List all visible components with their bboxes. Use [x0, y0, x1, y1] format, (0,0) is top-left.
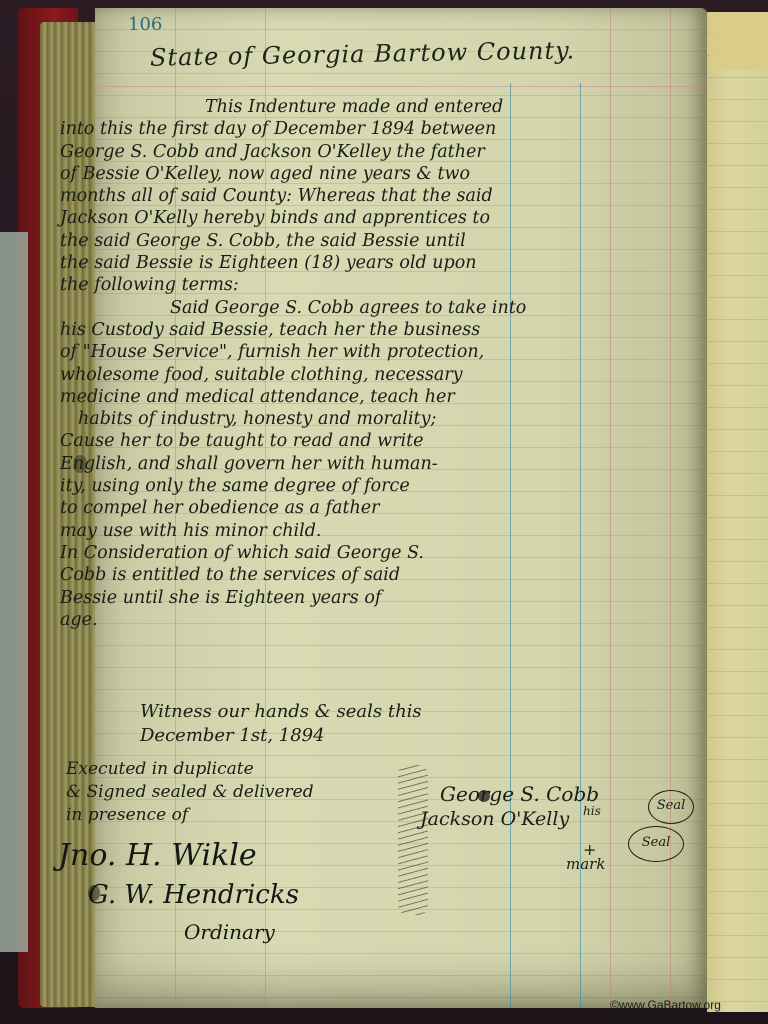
indenture-body: This Indenture made and entered into thi… [60, 96, 690, 631]
body-line: to compel her obedience as a father [60, 497, 690, 519]
ink-blot [478, 790, 490, 802]
flourish-scribble [398, 765, 428, 915]
body-line: English, and shall govern her with human… [60, 453, 690, 475]
body-line: age. [60, 609, 690, 631]
mark-label: mark [566, 855, 605, 873]
cover-edge-highlight [0, 232, 28, 952]
body-line: habits of industry, honesty and morality… [60, 408, 690, 430]
body-line: ity, using only the same degree of force [60, 475, 690, 497]
copyright-watermark: ©www.GaBartow.org [610, 998, 721, 1012]
execution-line: Executed in duplicate [66, 758, 314, 781]
page-number: 106 [128, 14, 162, 35]
signature-george-cobb: George S. Cobb [440, 782, 599, 806]
body-line: of Bessie O'Kelley, now aged nine years … [60, 163, 690, 185]
seal-mark: Seal [648, 790, 694, 824]
header-rule [95, 86, 707, 87]
facing-page [707, 12, 768, 1012]
signature-jackson-okelly: Jackson O'Kelly [420, 808, 569, 830]
body-line: George S. Cobb and Jackson O'Kelley the … [60, 141, 690, 163]
execution-clause: Executed in duplicate & Signed sealed & … [66, 758, 314, 827]
body-line: Jackson O'Kelly hereby binds and apprent… [60, 207, 690, 229]
body-line: medicine and medical attendance, teach h… [60, 386, 690, 408]
body-line: This Indenture made and entered [60, 96, 690, 118]
witness-clause: Witness our hands & seals this December … [140, 700, 422, 748]
page-tab-marker [710, 12, 768, 70]
witness-title-ordinary: Ordinary [184, 920, 275, 944]
witness-date: December 1st, 1894 [140, 724, 422, 748]
body-line: Cobb is entitled to the services of said [60, 564, 690, 586]
witness-signature-wikle: Jno. H. Wikle [58, 838, 257, 873]
ink-blot [73, 455, 87, 473]
body-line: the following terms: [60, 274, 690, 296]
witness-signature-hendricks: G. W. Hendricks [88, 880, 299, 910]
body-line: months all of said County: Whereas that … [60, 185, 690, 207]
body-line: may use with his minor child. [60, 520, 690, 542]
his-label: his [583, 804, 601, 818]
execution-line: in presence of [66, 804, 314, 827]
body-line: of "House Service", furnish her with pro… [60, 341, 690, 363]
body-line: Said George S. Cobb agrees to take into [60, 297, 690, 319]
body-line: wholesome food, suitable clothing, neces… [60, 364, 690, 386]
body-line: the said George S. Cobb, the said Bessie… [60, 230, 690, 252]
body-line: the said Bessie is Eighteen (18) years o… [60, 252, 690, 274]
body-line: Bessie until she is Eighteen years of [60, 587, 690, 609]
body-line: into this the first day of December 1894… [60, 118, 690, 140]
seal-mark: Seal [628, 826, 684, 862]
body-line: his Custody said Bessie, teach her the b… [60, 319, 690, 341]
body-line: In Consideration of which said George S. [60, 542, 690, 564]
body-line: Cause her to be taught to read and write [60, 430, 690, 452]
witness-line: Witness our hands & seals this [140, 700, 422, 724]
execution-line: & Signed sealed & delivered [66, 781, 314, 804]
